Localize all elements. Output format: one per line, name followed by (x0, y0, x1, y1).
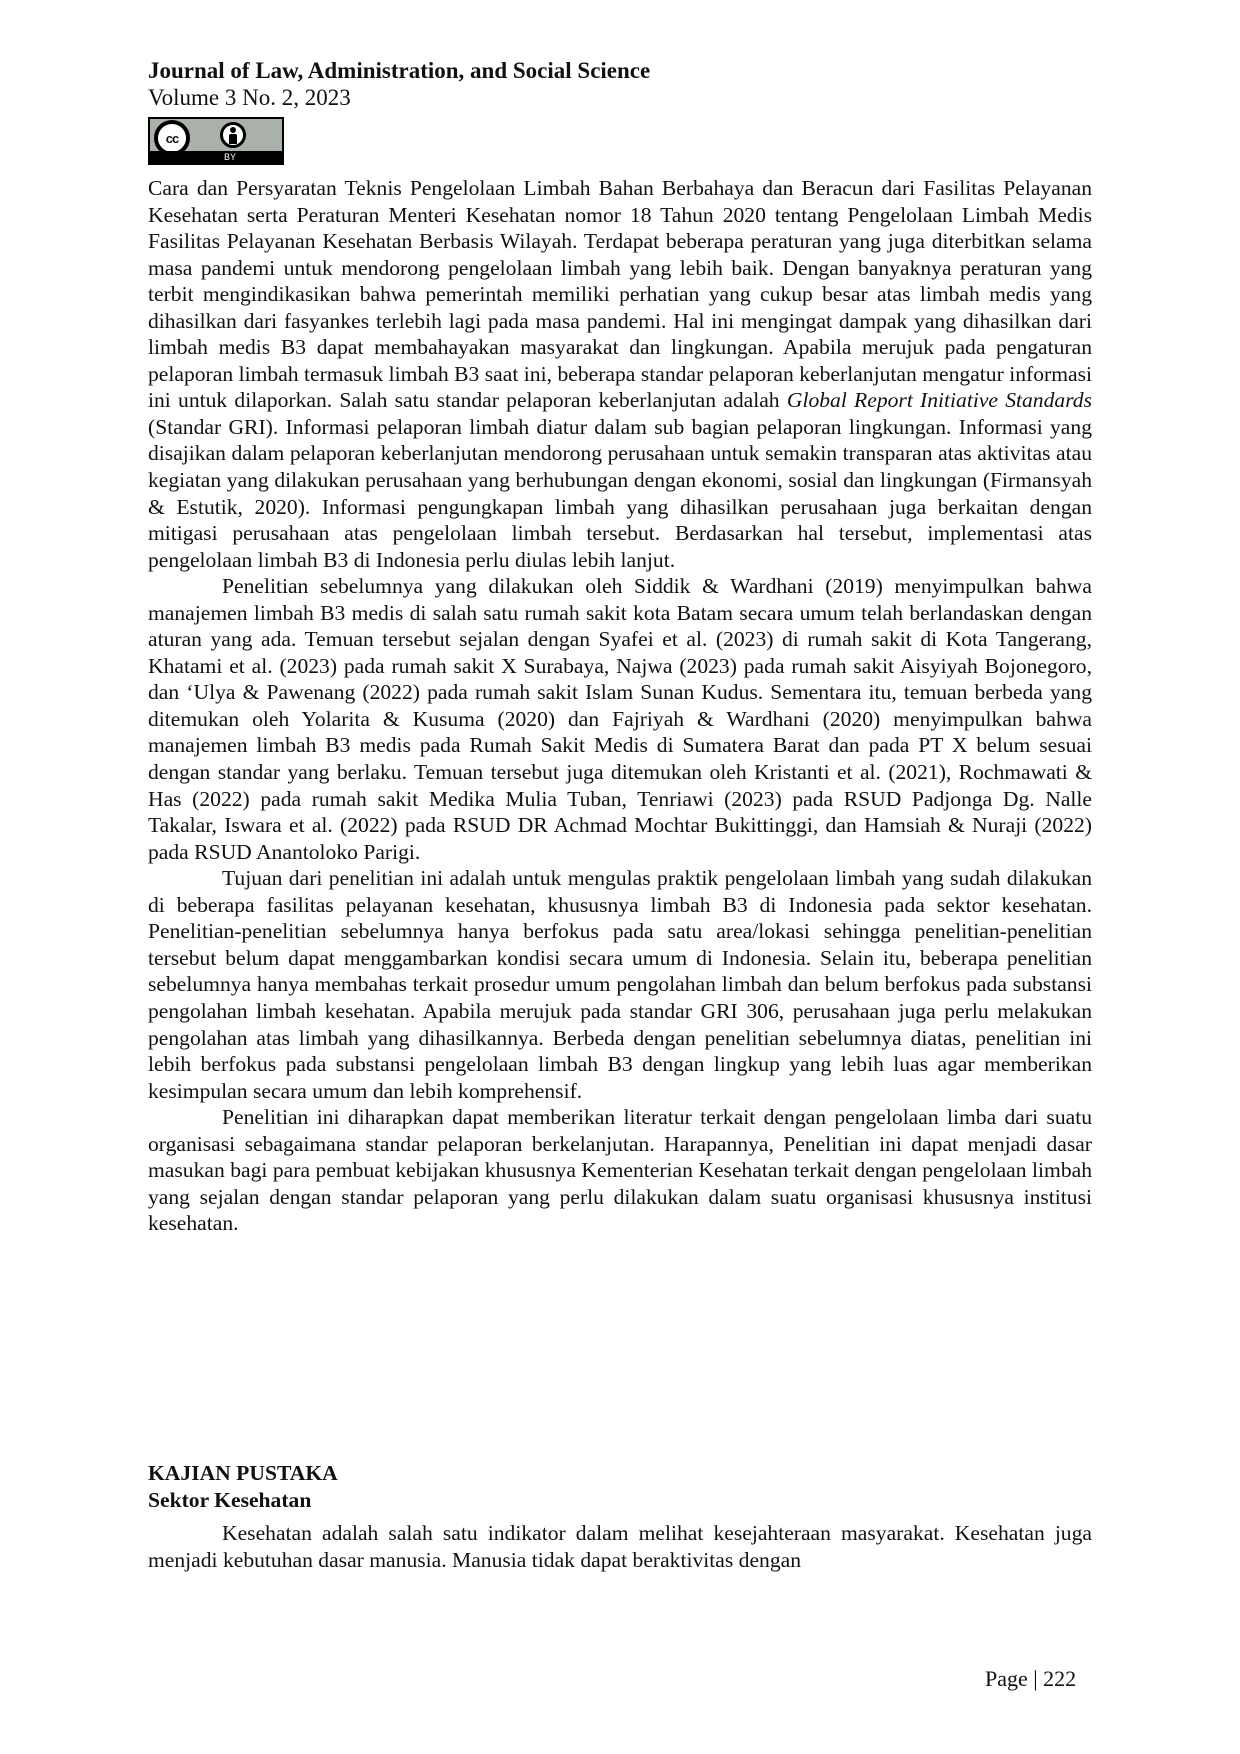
journal-title: Journal of Law, Administration, and Soci… (148, 57, 650, 85)
paragraph-2: Penelitian sebelumnya yang dilakukan ole… (148, 573, 1092, 865)
attribution-person-icon (220, 122, 246, 148)
section-body: Kesehatan adalah salah satu indikator da… (148, 1520, 1092, 1573)
section-paragraph: Kesehatan adalah salah satu indikator da… (148, 1520, 1092, 1573)
italic-term: Global Report Initiative Standards (787, 388, 1092, 412)
volume-issue: Volume 3 No. 2, 2023 (148, 84, 351, 112)
badge-bar (150, 151, 282, 163)
paragraph-3: Tujuan dari penelitian ini adalah untuk … (148, 865, 1092, 1104)
paragraph-1: Cara dan Persyaratan Teknis Pengelolaan … (148, 175, 1092, 573)
section-heading: KAJIAN PUSTAKA (148, 1460, 338, 1487)
document-page: Journal of Law, Administration, and Soci… (0, 0, 1240, 1754)
subsection-heading: Sektor Kesehatan (148, 1487, 311, 1514)
article-body: Cara dan Persyaratan Teknis Pengelolaan … (148, 175, 1092, 1237)
cc-by-license-badge: cc BY (148, 117, 284, 165)
page-number: Page | 222 (985, 1665, 1076, 1693)
by-label: BY (224, 152, 236, 163)
paragraph-4: Penelitian ini diharapkan dapat memberik… (148, 1104, 1092, 1237)
